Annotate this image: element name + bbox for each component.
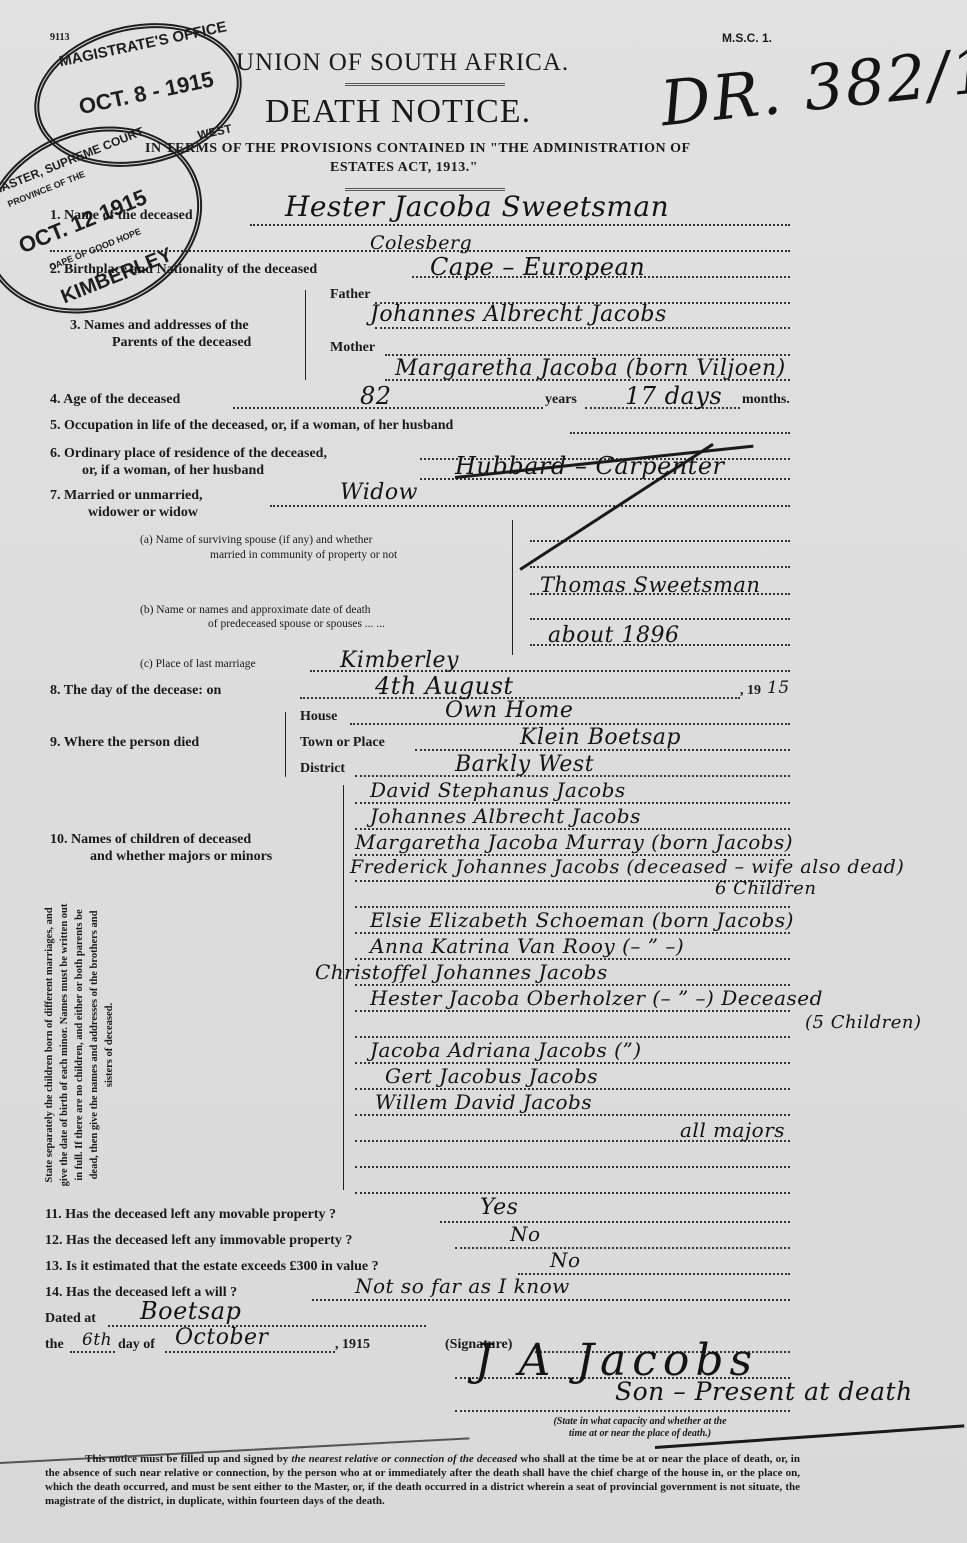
place-of-last-marriage[interactable]: Kimberley: [340, 648, 459, 673]
q7a-label-line-2: married in community of property or not: [210, 549, 397, 561]
q7b-label-line-2: of predeceased spouse or spouses ... ...: [208, 618, 385, 630]
q7c-label: (c) Place of last marriage: [140, 658, 256, 670]
q1-label: 1. Name of the deceased: [50, 208, 193, 224]
q13-label: 13. Is it estimated that the estate exce…: [45, 1259, 379, 1275]
the-label: the: [45, 1337, 64, 1353]
q9-label: 9. Where the person died: [50, 735, 199, 751]
q6-label-line-1: 6. Ordinary place of residence of the de…: [50, 446, 327, 462]
father-name[interactable]: Johannes Albrecht Jacobs: [370, 302, 667, 327]
child-entry[interactable]: Elsie Elizabeth Schoeman (born Jacobs): [370, 908, 794, 932]
house-value[interactable]: Own Home: [445, 698, 573, 723]
capacity-caption: (State in what capacity and whether at t…: [500, 1416, 780, 1440]
q10-label-line-2: and whether majors or minors: [90, 849, 272, 865]
will-answer[interactable]: Not so far as I know: [355, 1274, 570, 1298]
dated-at-place[interactable]: Boetsap: [140, 1297, 241, 1325]
subtitle-line-1: IN TERMS OF THE PROVISIONS CONTAINED IN …: [145, 141, 691, 157]
subtitle-line-2: ESTATES ACT, 1913.": [330, 160, 478, 176]
child-entry[interactable]: Frederick Johannes Jacobs (deceased – wi…: [350, 856, 904, 878]
house-label: House: [300, 709, 337, 725]
marital-status[interactable]: Widow: [340, 480, 418, 505]
child-entry[interactable]: David Stephanus Jacobs: [370, 778, 626, 802]
child-entry[interactable]: Margaretha Jacoba Murray (born Jacobs): [355, 830, 793, 854]
signing-month[interactable]: October: [175, 1325, 269, 1350]
district-value[interactable]: Barkly West: [455, 752, 594, 777]
stamp-date: OCT. 8 - 1915: [77, 66, 216, 120]
country-title: UNION OF SOUTH AFRICA.: [236, 49, 569, 77]
immovable-property-answer[interactable]: No: [510, 1222, 541, 1246]
q7b-label-line-1: (b) Name or names and approximate date o…: [140, 604, 371, 616]
q1-deceased-name[interactable]: Hester Jacoba Sweetsman: [285, 190, 669, 223]
signing-year: , 1915: [335, 1337, 370, 1353]
children-instruction-note: State separately the children born of di…: [42, 900, 117, 1190]
signer-capacity[interactable]: Son – Present at death: [615, 1377, 913, 1406]
age-years[interactable]: 82: [360, 382, 392, 410]
document-title: DEATH NOTICE.: [265, 93, 531, 131]
father-label: Father: [330, 287, 370, 303]
children-majority-note[interactable]: all majors: [680, 1118, 785, 1142]
q3-label-line-2: Parents of the deceased: [112, 335, 251, 351]
town-value[interactable]: Klein Boetsap: [520, 725, 681, 750]
mother-label: Mother: [330, 340, 375, 356]
q6-residence[interactable]: Hubbard – Carpenter: [455, 452, 725, 480]
child-entry[interactable]: Gert Jacobus Jacobs: [385, 1064, 598, 1088]
q2-label: 2. Birthplace and Nationality of the dec…: [50, 262, 317, 278]
q4-label: 4. Age of the deceased: [50, 392, 180, 408]
child-entry[interactable]: Willem David Jacobs: [375, 1090, 592, 1114]
child-note[interactable]: (5 Children): [805, 1012, 921, 1033]
q12-label: 12. Has the deceased left any immovable …: [45, 1233, 352, 1249]
child-entry[interactable]: Christoffel Johannes Jacobs: [315, 960, 608, 984]
q7-label-line-1: 7. Married or unmarried,: [50, 488, 203, 504]
reference-number: DR. 382/15: [657, 29, 967, 141]
child-entry[interactable]: Anna Katrina Van Rooy (– ” –): [370, 934, 684, 958]
q5-label: 5. Occupation in life of the deceased, o…: [50, 418, 453, 434]
signing-day[interactable]: 6th: [82, 1330, 112, 1350]
child-entry[interactable]: Hester Jacoba Oberholzer (– ” –) Decease…: [370, 986, 823, 1010]
death-notice-page: 9113 M.S.C. 1. UNION OF SOUTH AFRICA. DE…: [0, 0, 967, 1543]
child-note[interactable]: 6 Children: [715, 878, 816, 899]
day-of-label: day of: [118, 1337, 155, 1353]
mother-name[interactable]: Margaretha Jacoba (born Viljoen): [395, 356, 786, 381]
q2-nationality[interactable]: Cape – European: [430, 253, 645, 281]
q2-birthplace[interactable]: Colesberg: [370, 232, 472, 254]
town-label: Town or Place: [300, 735, 385, 751]
footer-instructions: This notice must be filled up and signed…: [45, 1452, 800, 1508]
year-of-death[interactable]: 15: [767, 678, 790, 698]
q11-label: 11. Has the deceased left any movable pr…: [45, 1207, 336, 1223]
estate-value-answer[interactable]: No: [550, 1248, 581, 1272]
q7-label-line-2: widower or widow: [88, 505, 198, 521]
form-number: 9113: [50, 32, 69, 43]
q10-label-line-1: 10. Names of children of deceased: [50, 832, 251, 848]
title-rule: [345, 83, 505, 86]
q3-label-line-1: 3. Names and addresses of the: [70, 318, 249, 334]
child-entry[interactable]: Johannes Albrecht Jacobs: [370, 804, 641, 828]
district-label: District: [300, 761, 345, 777]
q7a-label-line-1: (a) Name of surviving spouse (if any) an…: [140, 534, 372, 546]
movable-property-answer[interactable]: Yes: [480, 1195, 518, 1220]
dated-at-label: Dated at: [45, 1311, 96, 1327]
q6-label-line-2: or, if a woman, of her husband: [82, 463, 264, 479]
date-of-death[interactable]: 4th August: [375, 672, 514, 700]
form-code: M.S.C. 1.: [722, 31, 772, 45]
child-entry[interactable]: Jacoba Adriana Jacobs (”): [370, 1038, 642, 1062]
age-months[interactable]: 17 days: [625, 382, 722, 410]
q8-label: 8. The day of the decease: on: [50, 683, 221, 699]
